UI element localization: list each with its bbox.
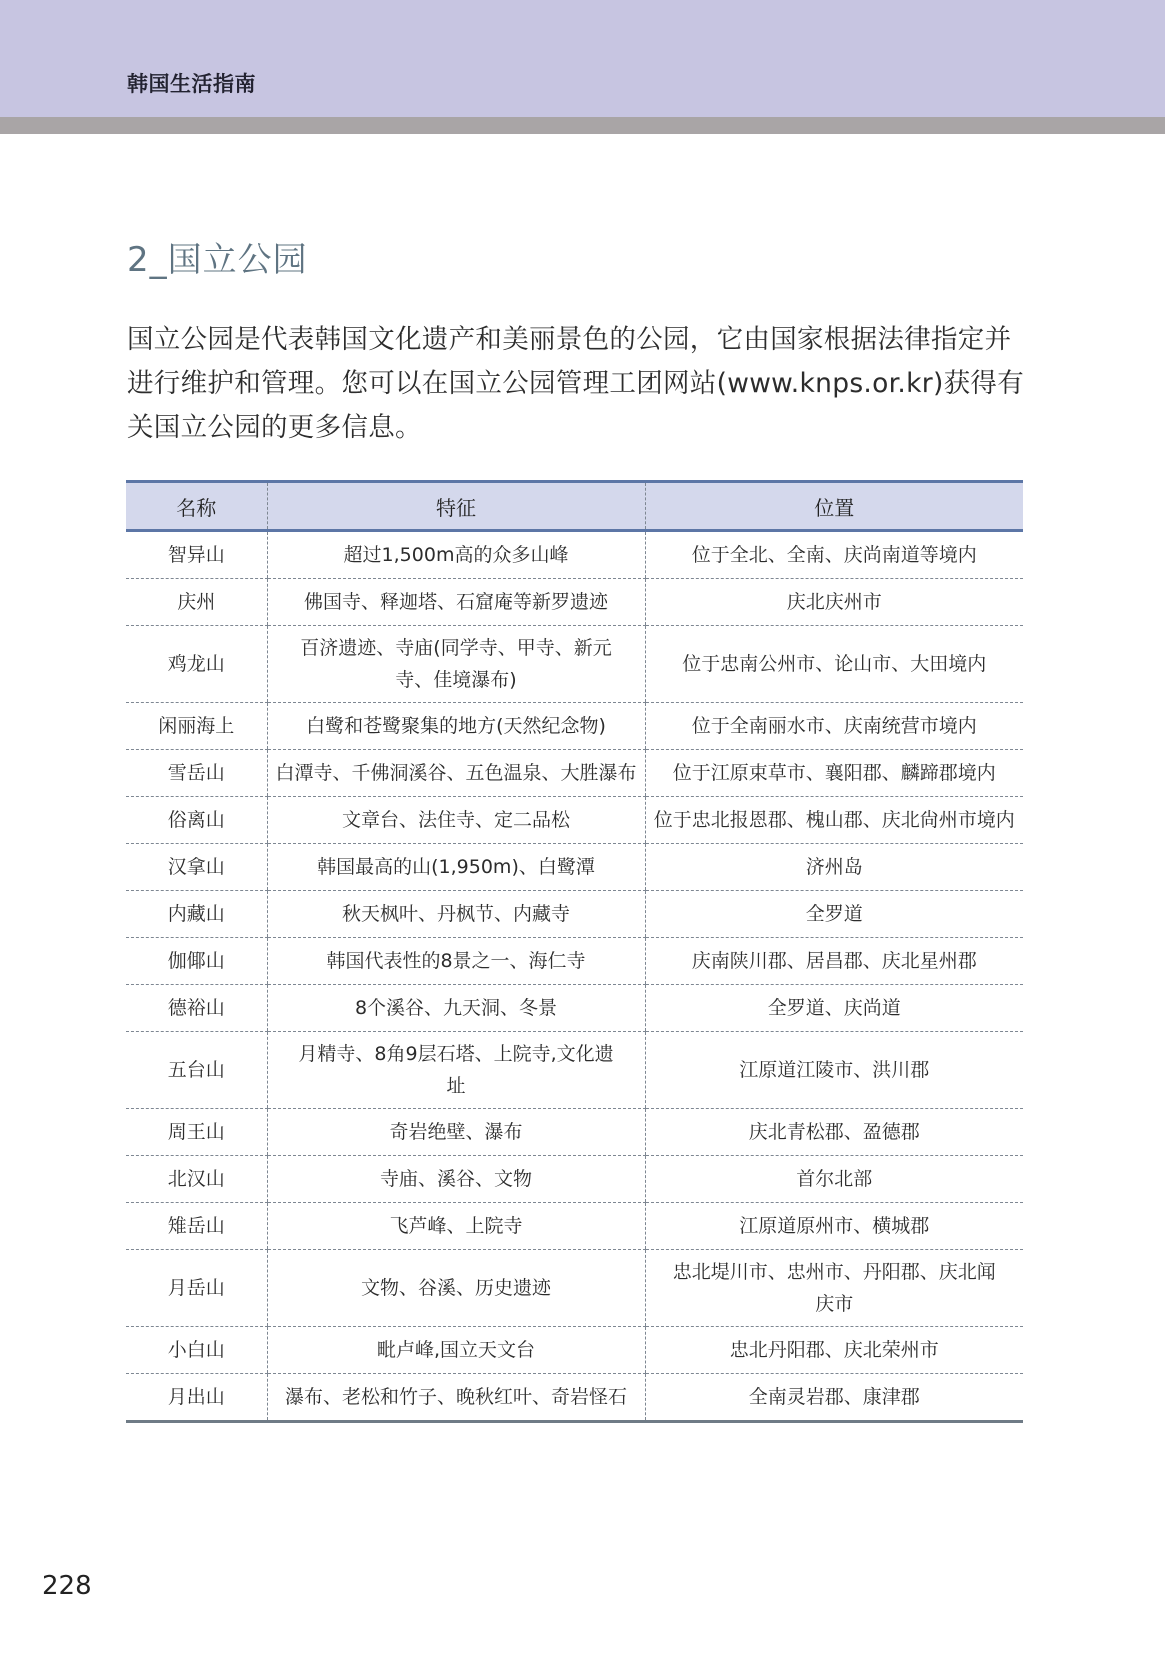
park-feature-cell: 8个溪谷、九天洞、冬景 [267, 985, 645, 1032]
table-row: 智异山超过1,500m高的众多山峰位于全北、全南、庆尚南道等境内 [126, 531, 1023, 579]
intro-paragraph: 国立公园是代表韩国文化遗产和美丽景色的公园，它由国家根据法律指定并进行维护和管理… [127, 318, 1027, 450]
park-location-cell: 忠北堤川市、忠州市、丹阳郡、庆北闻庆市 [645, 1250, 1023, 1327]
table-row: 雪岳山白潭寺、千佛洞溪谷、五色温泉、大胜瀑布位于江原束草市、襄阳郡、麟蹄郡境内 [126, 750, 1023, 797]
header-divider-bar [0, 117, 1165, 134]
park-name-cell: 小白山 [126, 1327, 267, 1374]
table-row: 小白山毗卢峰,国立天文台忠北丹阳郡、庆北荣州市 [126, 1327, 1023, 1374]
park-location-cell: 位于全南丽水市、庆南统营市境内 [645, 703, 1023, 750]
park-name-cell: 智异山 [126, 531, 267, 579]
park-location-cell: 全南灵岩郡、康津郡 [645, 1374, 1023, 1422]
column-header-name: 名称 [126, 482, 267, 531]
park-name-cell: 内藏山 [126, 891, 267, 938]
park-location-cell: 庆北青松郡、盈德郡 [645, 1109, 1023, 1156]
park-name-cell: 五台山 [126, 1032, 267, 1109]
park-feature-cell: 秋天枫叶、丹枫节、内藏寺 [267, 891, 645, 938]
table-header-row: 名称 特征 位置 [126, 482, 1023, 531]
park-name-cell: 北汉山 [126, 1156, 267, 1203]
park-name-cell: 庆州 [126, 579, 267, 626]
park-feature-cell: 文章台、法住寺、定二品松 [267, 797, 645, 844]
table-row: 汉拿山韩国最高的山(1,950m)、白鹭潭济州岛 [126, 844, 1023, 891]
table-row: 德裕山8个溪谷、九天洞、冬景全罗道、庆尚道 [126, 985, 1023, 1032]
park-name-cell: 俗离山 [126, 797, 267, 844]
park-name-cell: 月出山 [126, 1374, 267, 1422]
park-location-cell: 位于全北、全南、庆尚南道等境内 [645, 531, 1023, 579]
running-header-title: 韩国生活指南 [127, 68, 256, 98]
table-row: 雉岳山飞芦峰、上院寺江原道原州市、横城郡 [126, 1203, 1023, 1250]
table-row: 月出山瀑布、老松和竹子、晚秋红叶、奇岩怪石全南灵岩郡、康津郡 [126, 1374, 1023, 1422]
park-location-cell: 首尔北部 [645, 1156, 1023, 1203]
park-location-cell: 济州岛 [645, 844, 1023, 891]
header-band [0, 0, 1165, 117]
park-location-cell: 位于江原束草市、襄阳郡、麟蹄郡境内 [645, 750, 1023, 797]
park-name-cell: 闲丽海上 [126, 703, 267, 750]
park-name-cell: 雉岳山 [126, 1203, 267, 1250]
column-header-feature: 特征 [267, 482, 645, 531]
park-location-cell: 位于忠北报恩郡、槐山郡、庆北尙州市境内 [645, 797, 1023, 844]
park-name-cell: 德裕山 [126, 985, 267, 1032]
table-row: 内藏山秋天枫叶、丹枫节、内藏寺全罗道 [126, 891, 1023, 938]
park-feature-cell: 韩国代表性的8景之一、海仁寺 [267, 938, 645, 985]
table-row: 北汉山寺庙、溪谷、文物首尔北部 [126, 1156, 1023, 1203]
park-feature-cell: 白潭寺、千佛洞溪谷、五色温泉、大胜瀑布 [267, 750, 645, 797]
park-name-cell: 汉拿山 [126, 844, 267, 891]
park-location-cell: 全罗道 [645, 891, 1023, 938]
park-feature-cell: 韩国最高的山(1,950m)、白鹭潭 [267, 844, 645, 891]
table-row: 鸡龙山百济遗迹、寺庙(同学寺、甲寺、新元寺、佳境瀑布)位于忠南公州市、论山市、大… [126, 626, 1023, 703]
park-location-cell: 庆北庆州市 [645, 579, 1023, 626]
park-location-cell: 江原道原州市、横城郡 [645, 1203, 1023, 1250]
park-feature-cell: 寺庙、溪谷、文物 [267, 1156, 645, 1203]
page-number: 228 [42, 1571, 92, 1601]
national-parks-table: 名称 特征 位置 智异山超过1,500m高的众多山峰位于全北、全南、庆尚南道等境… [126, 480, 1023, 1423]
table-row: 五台山月精寺、8角9层石塔、上院寺,文化遗址江原道江陵市、洪川郡 [126, 1032, 1023, 1109]
park-feature-cell: 超过1,500m高的众多山峰 [267, 531, 645, 579]
park-location-cell: 全罗道、庆尚道 [645, 985, 1023, 1032]
park-location-cell: 庆南陕川郡、居昌郡、庆北星州郡 [645, 938, 1023, 985]
park-location-cell: 忠北丹阳郡、庆北荣州市 [645, 1327, 1023, 1374]
park-feature-cell: 奇岩绝壁、瀑布 [267, 1109, 645, 1156]
park-feature-cell: 白鹭和苍鹭聚集的地方(天然纪念物) [267, 703, 645, 750]
park-feature-cell: 文物、谷溪、历史遗迹 [267, 1250, 645, 1327]
park-feature-cell: 月精寺、8角9层石塔、上院寺,文化遗址 [267, 1032, 645, 1109]
park-name-cell: 鸡龙山 [126, 626, 267, 703]
park-name-cell: 伽倻山 [126, 938, 267, 985]
column-header-location: 位置 [645, 482, 1023, 531]
park-feature-cell: 百济遗迹、寺庙(同学寺、甲寺、新元寺、佳境瀑布) [267, 626, 645, 703]
park-name-cell: 月岳山 [126, 1250, 267, 1327]
table-row: 闲丽海上白鹭和苍鹭聚集的地方(天然纪念物)位于全南丽水市、庆南统营市境内 [126, 703, 1023, 750]
table-row: 伽倻山韩国代表性的8景之一、海仁寺庆南陕川郡、居昌郡、庆北星州郡 [126, 938, 1023, 985]
table-row: 月岳山文物、谷溪、历史遗迹忠北堤川市、忠州市、丹阳郡、庆北闻庆市 [126, 1250, 1023, 1327]
park-location-cell: 江原道江陵市、洪川郡 [645, 1032, 1023, 1109]
park-feature-cell: 瀑布、老松和竹子、晚秋红叶、奇岩怪石 [267, 1374, 645, 1422]
park-name-cell: 周王山 [126, 1109, 267, 1156]
park-feature-cell: 飞芦峰、上院寺 [267, 1203, 645, 1250]
table-body: 智异山超过1,500m高的众多山峰位于全北、全南、庆尚南道等境内庆州佛国寺、释迦… [126, 531, 1023, 1422]
section-title: 2_国立公园 [127, 232, 308, 281]
table-row: 周王山奇岩绝壁、瀑布庆北青松郡、盈德郡 [126, 1109, 1023, 1156]
park-feature-cell: 佛国寺、释迦塔、石窟庵等新罗遗迹 [267, 579, 645, 626]
table-row: 俗离山文章台、法住寺、定二品松位于忠北报恩郡、槐山郡、庆北尙州市境内 [126, 797, 1023, 844]
park-feature-cell: 毗卢峰,国立天文台 [267, 1327, 645, 1374]
park-name-cell: 雪岳山 [126, 750, 267, 797]
table-row: 庆州佛国寺、释迦塔、石窟庵等新罗遗迹庆北庆州市 [126, 579, 1023, 626]
park-location-cell: 位于忠南公州市、论山市、大田境内 [645, 626, 1023, 703]
